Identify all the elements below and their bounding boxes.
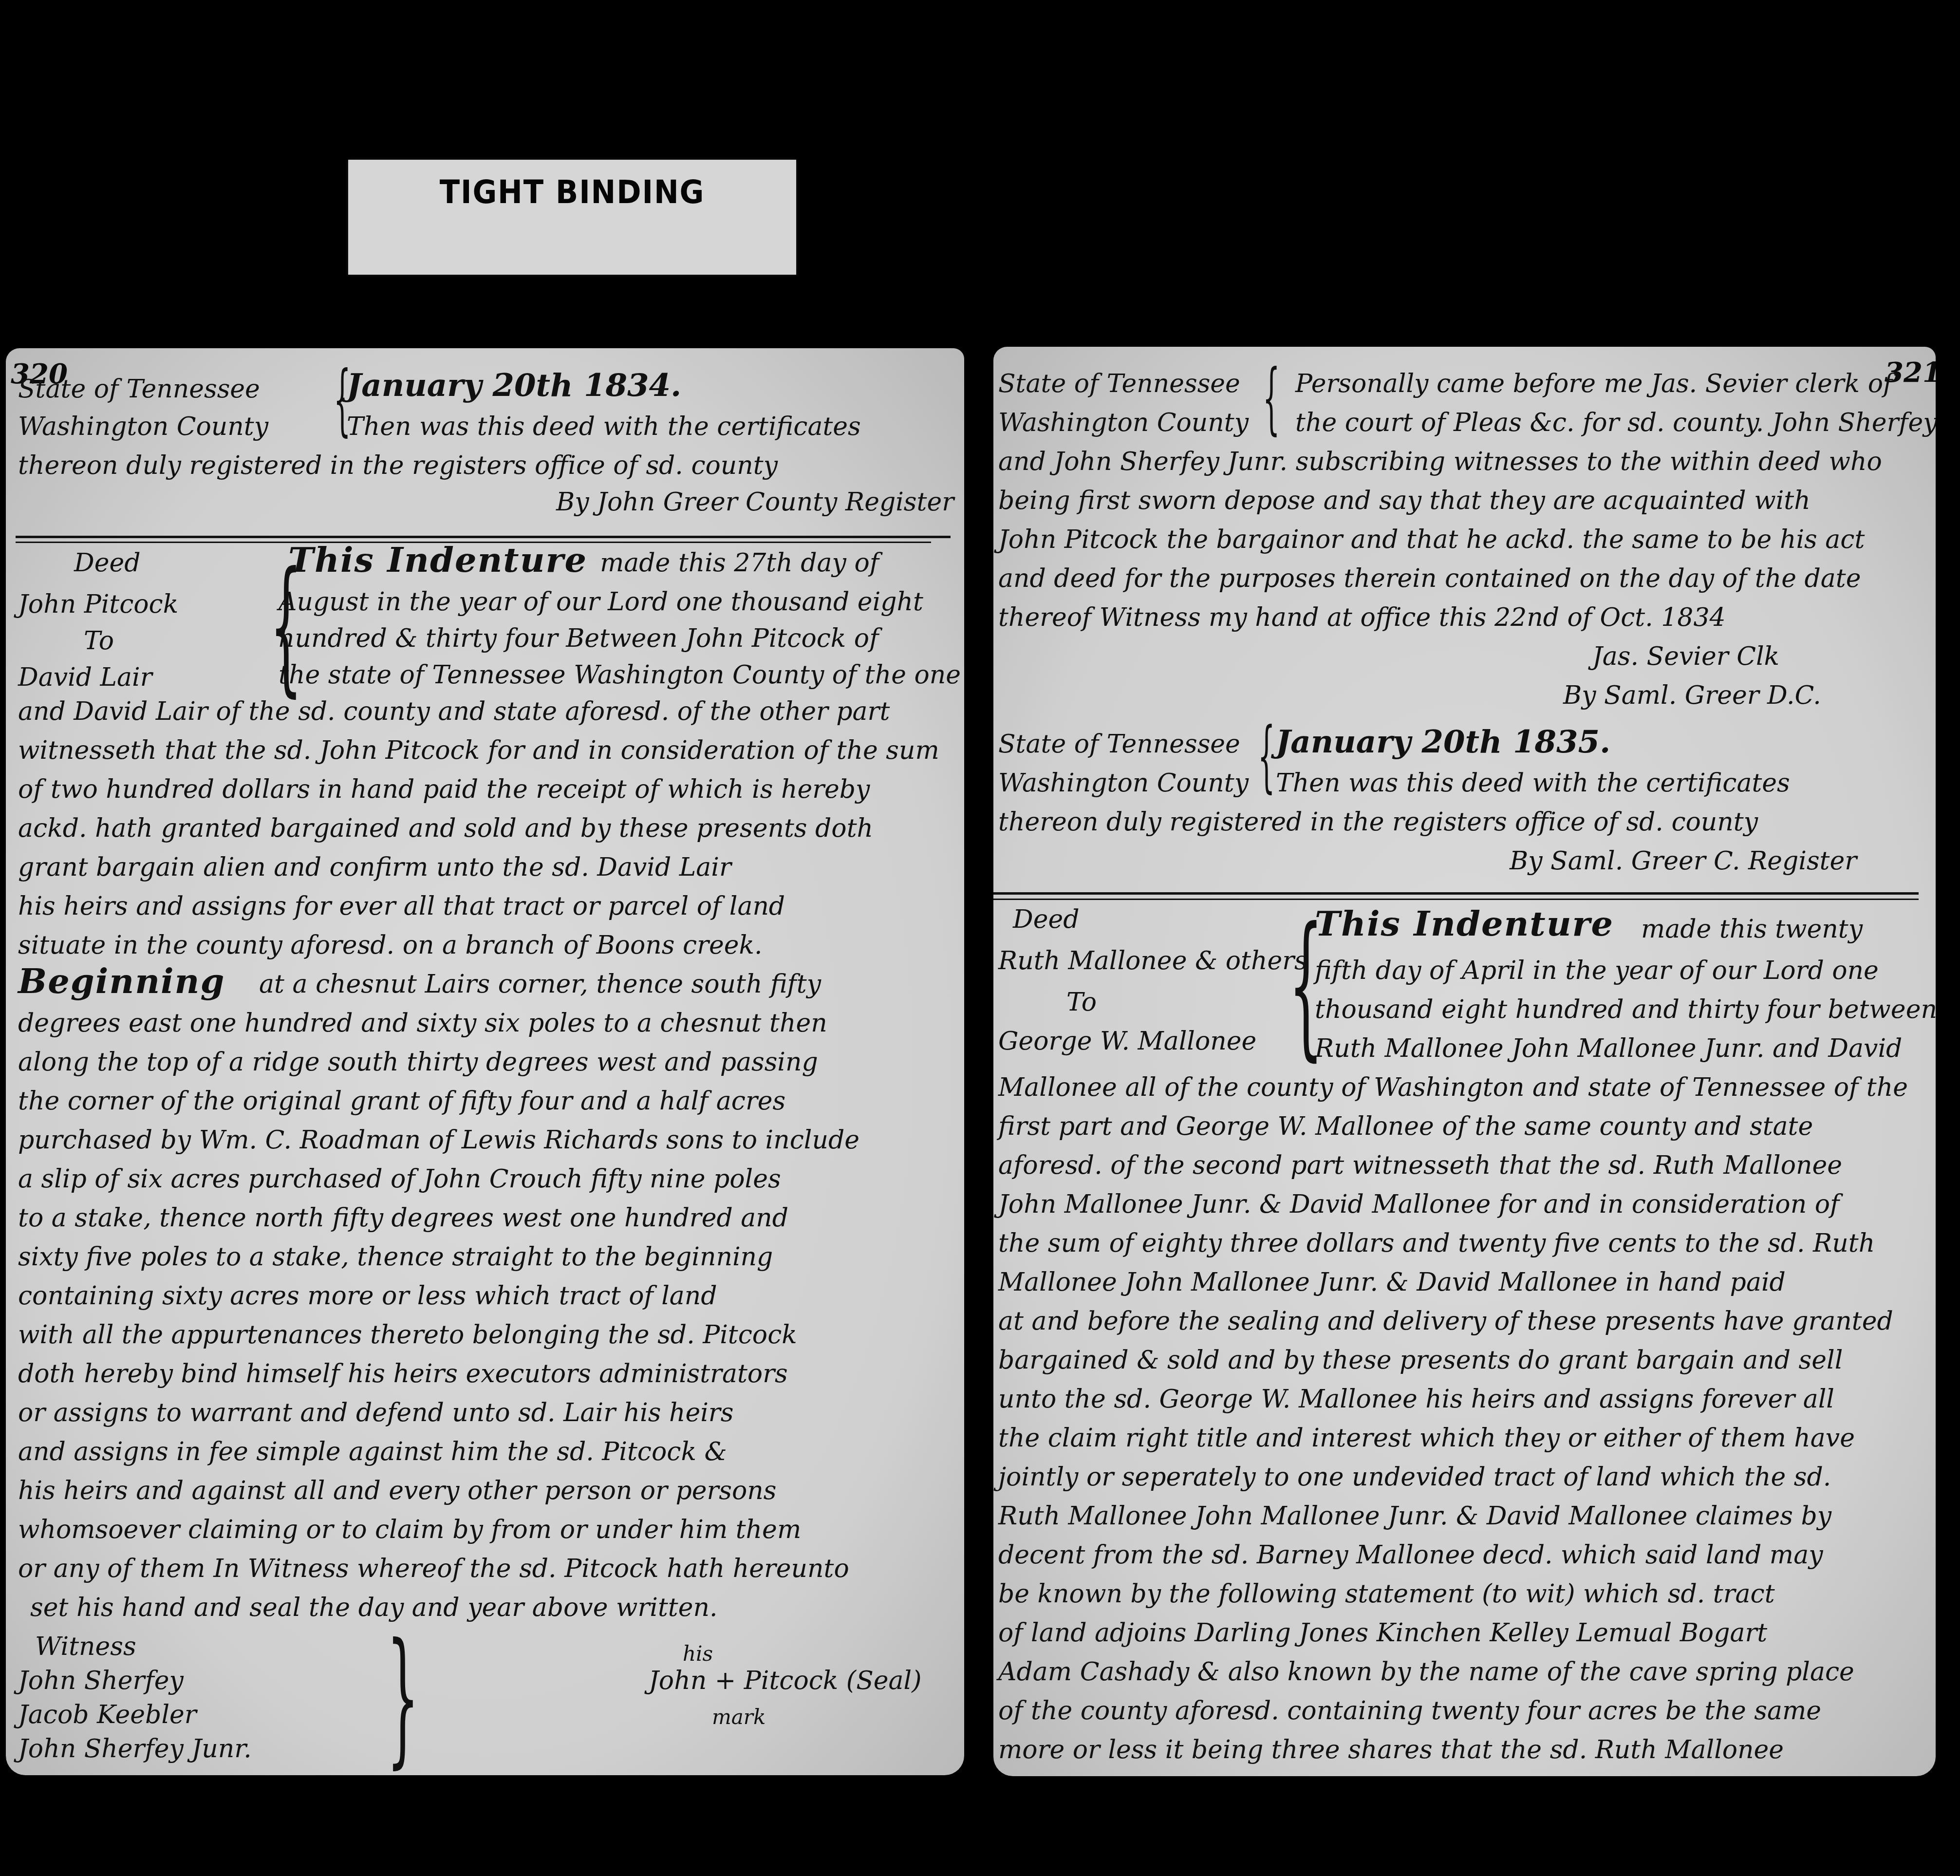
deed-line: decent from the sd. Barney Mallonee decd… bbox=[998, 1542, 1823, 1568]
deed-line: whomsoever claiming or to claim by from … bbox=[18, 1517, 801, 1542]
witness-name: John Sherfey bbox=[18, 1668, 184, 1693]
deed-line: the claim right title and interest which… bbox=[998, 1426, 1855, 1451]
margin-deed-heading: Deed bbox=[74, 550, 141, 576]
deed-title: This Indenture bbox=[288, 543, 587, 577]
deed-line: Ruth Mallonee John Mallonee Junr. & Davi… bbox=[998, 1503, 1831, 1529]
margin-state: State of Tennessee bbox=[998, 371, 1240, 396]
right-page: 321 State of Tennessee Washington County… bbox=[993, 347, 1936, 1776]
registration-line: thereon duly registered in the registers… bbox=[18, 453, 778, 478]
certificate-line: and deed for the purposes therein contai… bbox=[998, 566, 1861, 591]
deed-line: to a stake, thence north fifty degrees w… bbox=[18, 1205, 788, 1231]
book-gutter bbox=[964, 321, 993, 1782]
deed-line: Mallonee all of the county of Washington… bbox=[998, 1075, 1908, 1100]
registration-date: January 20th 1835. bbox=[1276, 727, 1610, 758]
margin-state: State of Tennessee bbox=[18, 376, 260, 402]
deed-line: doth hereby bind himself his heirs execu… bbox=[18, 1361, 788, 1387]
certificate-line: the court of Pleas &c. for sd. county. J… bbox=[1295, 410, 1936, 435]
brace-icon: { bbox=[1263, 359, 1280, 437]
margin-grantee: George W. Mallonee bbox=[998, 1029, 1256, 1054]
deed-line: unto the sd. George W. Mallonee his heir… bbox=[998, 1387, 1834, 1412]
deed-line: the corner of the original grant of fift… bbox=[18, 1088, 785, 1114]
left-page: 320 State of Tennessee Washington County… bbox=[6, 348, 964, 1775]
deed-line: of two hundred dollars in hand paid the … bbox=[18, 777, 870, 802]
divider-rule bbox=[993, 899, 1919, 900]
deed-line: with all the appurtenances thereto belon… bbox=[18, 1322, 797, 1348]
margin-grantee: David Lair bbox=[18, 665, 152, 690]
deed-line: grant bargain alien and confirm unto the… bbox=[18, 855, 731, 880]
deed-line: degrees east one hundred and sixty six p… bbox=[18, 1011, 827, 1036]
margin-grantor: John Pitcock bbox=[18, 592, 178, 617]
brace-icon: { bbox=[387, 1624, 419, 1770]
deed-line: or any of them In Witness whereof the sd… bbox=[18, 1556, 849, 1581]
registration-line: Then was this deed with the certificates bbox=[1276, 770, 1790, 796]
deed-line: or assigns to warrant and defend unto sd… bbox=[18, 1400, 733, 1426]
deed-line: his heirs and assigns for ever all that … bbox=[18, 894, 785, 919]
deed-line: and assigns in fee simple against him th… bbox=[18, 1439, 727, 1464]
registrar-signature: By John Greer County Register bbox=[556, 489, 954, 515]
deed-line: a slip of six acres purchased of John Cr… bbox=[18, 1166, 781, 1192]
signer-mark: mark bbox=[712, 1707, 765, 1727]
tight-binding-label-card: TIGHT BINDING bbox=[348, 160, 796, 275]
deed-line: and David Lair of the sd. county and sta… bbox=[18, 699, 890, 724]
deed-line: containing sixty acres more or less whic… bbox=[18, 1283, 717, 1309]
margin-to: To bbox=[84, 628, 114, 654]
deputy-signature: By Saml. Greer D.C. bbox=[1563, 683, 1821, 708]
deed-line: of land adjoins Darling Jones Kinchen Ke… bbox=[998, 1620, 1767, 1646]
margin-county: Washington County bbox=[998, 410, 1249, 435]
deed-line: ackd. hath granted bargained and sold an… bbox=[18, 816, 873, 841]
certificate-line: and John Sherfey Junr. subscribing witne… bbox=[998, 449, 1882, 474]
signer-signature: John + Pitcock (Seal) bbox=[649, 1668, 921, 1693]
brace-icon: { bbox=[1258, 717, 1275, 795]
deed-line: the state of Tennessee Washington County… bbox=[279, 662, 964, 688]
deed-line: more or less it being three shares that … bbox=[998, 1737, 1784, 1763]
deed-line: witnesseth that the sd. John Pitcock for… bbox=[18, 738, 939, 763]
beginning-heading: Beginning bbox=[18, 964, 225, 998]
deed-line: the sum of eighty three dollars and twen… bbox=[998, 1231, 1875, 1256]
deed-title: This Indenture bbox=[1315, 907, 1614, 941]
deed-line: first part and George W. Mallonee of the… bbox=[998, 1114, 1813, 1139]
deed-line: John Mallonee Junr. & David Mallonee for… bbox=[998, 1192, 1839, 1217]
deed-line: situate in the county aforesd. on a bran… bbox=[18, 933, 763, 958]
deed-line: hundred & thirty four Between John Pitco… bbox=[279, 626, 878, 651]
margin-deed-heading: Deed bbox=[1013, 907, 1080, 932]
registration-line: thereon duly registered in the registers… bbox=[998, 809, 1758, 835]
clerk-signature: Jas. Sevier Clk bbox=[1592, 644, 1779, 669]
deed-line: fifth day of April in the year of our Lo… bbox=[1315, 958, 1879, 983]
signer-his: his bbox=[683, 1644, 713, 1664]
deed-line: set his hand and seal the day and year a… bbox=[30, 1595, 718, 1620]
deed-line: along the top of a ridge south thirty de… bbox=[18, 1050, 818, 1075]
tight-binding-label: TIGHT BINDING bbox=[366, 173, 778, 211]
registration-date: January 20th 1834. bbox=[347, 370, 681, 401]
deed-line: Ruth Mallonee John Mallonee Junr. and Da… bbox=[1315, 1036, 1902, 1061]
margin-county: Washington County bbox=[18, 414, 268, 439]
deed-line: thousand eight hundred and thirty four b… bbox=[1315, 997, 1936, 1022]
deed-line: be known by the following statement (to … bbox=[998, 1581, 1775, 1607]
divider-rule bbox=[16, 536, 951, 538]
certificate-line: thereof Witness my hand at office this 2… bbox=[998, 605, 1726, 630]
registrar-signature: By Saml. Greer C. Register bbox=[1510, 848, 1857, 874]
witness-heading: Witness bbox=[35, 1634, 136, 1659]
certificate-line: Personally came before me Jas. Sevier cl… bbox=[1295, 371, 1892, 396]
certificate-line: John Pitcock the bargainor and that he a… bbox=[998, 527, 1865, 552]
registration-line: Then was this deed with the certificates bbox=[347, 414, 861, 439]
margin-grantor: Ruth Mallonee & others bbox=[998, 948, 1307, 974]
deed-line: his heirs and against all and every othe… bbox=[18, 1478, 777, 1503]
deed-line: Mallonee John Mallonee Junr. & David Mal… bbox=[998, 1270, 1786, 1295]
deed-line: at a chesnut Lairs corner, thence south … bbox=[259, 972, 821, 997]
deed-line: sixty five poles to a stake, thence stra… bbox=[18, 1244, 773, 1270]
margin-county: Washington County bbox=[998, 770, 1249, 796]
witness-name: Jacob Keebler bbox=[18, 1702, 197, 1727]
deed-line: aforesd. of the second part witnesseth t… bbox=[998, 1153, 1842, 1178]
deed-line: bargained & sold and by these presents d… bbox=[998, 1348, 1843, 1373]
deed-line: of the county aforesd. containing twenty… bbox=[998, 1698, 1821, 1724]
certificate-line: being first sworn depose and say that th… bbox=[998, 488, 1811, 513]
deed-line: Adam Cashady & also known by the name of… bbox=[998, 1659, 1854, 1685]
margin-state: State of Tennessee bbox=[998, 732, 1240, 757]
deed-line: jointly or seperately to one undevided t… bbox=[998, 1464, 1831, 1490]
deed-line: August in the year of our Lord one thous… bbox=[279, 589, 923, 615]
deed-line: made this 27th day of bbox=[600, 550, 879, 576]
deed-line: purchased by Wm. C. Roadman of Lewis Ric… bbox=[18, 1127, 859, 1153]
deed-line: made this twenty bbox=[1641, 917, 1863, 942]
divider-rule bbox=[993, 892, 1919, 895]
margin-to: To bbox=[1066, 990, 1097, 1015]
witness-name: John Sherfey Junr. bbox=[18, 1736, 252, 1762]
deed-line: at and before the sealing and delivery o… bbox=[998, 1309, 1893, 1334]
